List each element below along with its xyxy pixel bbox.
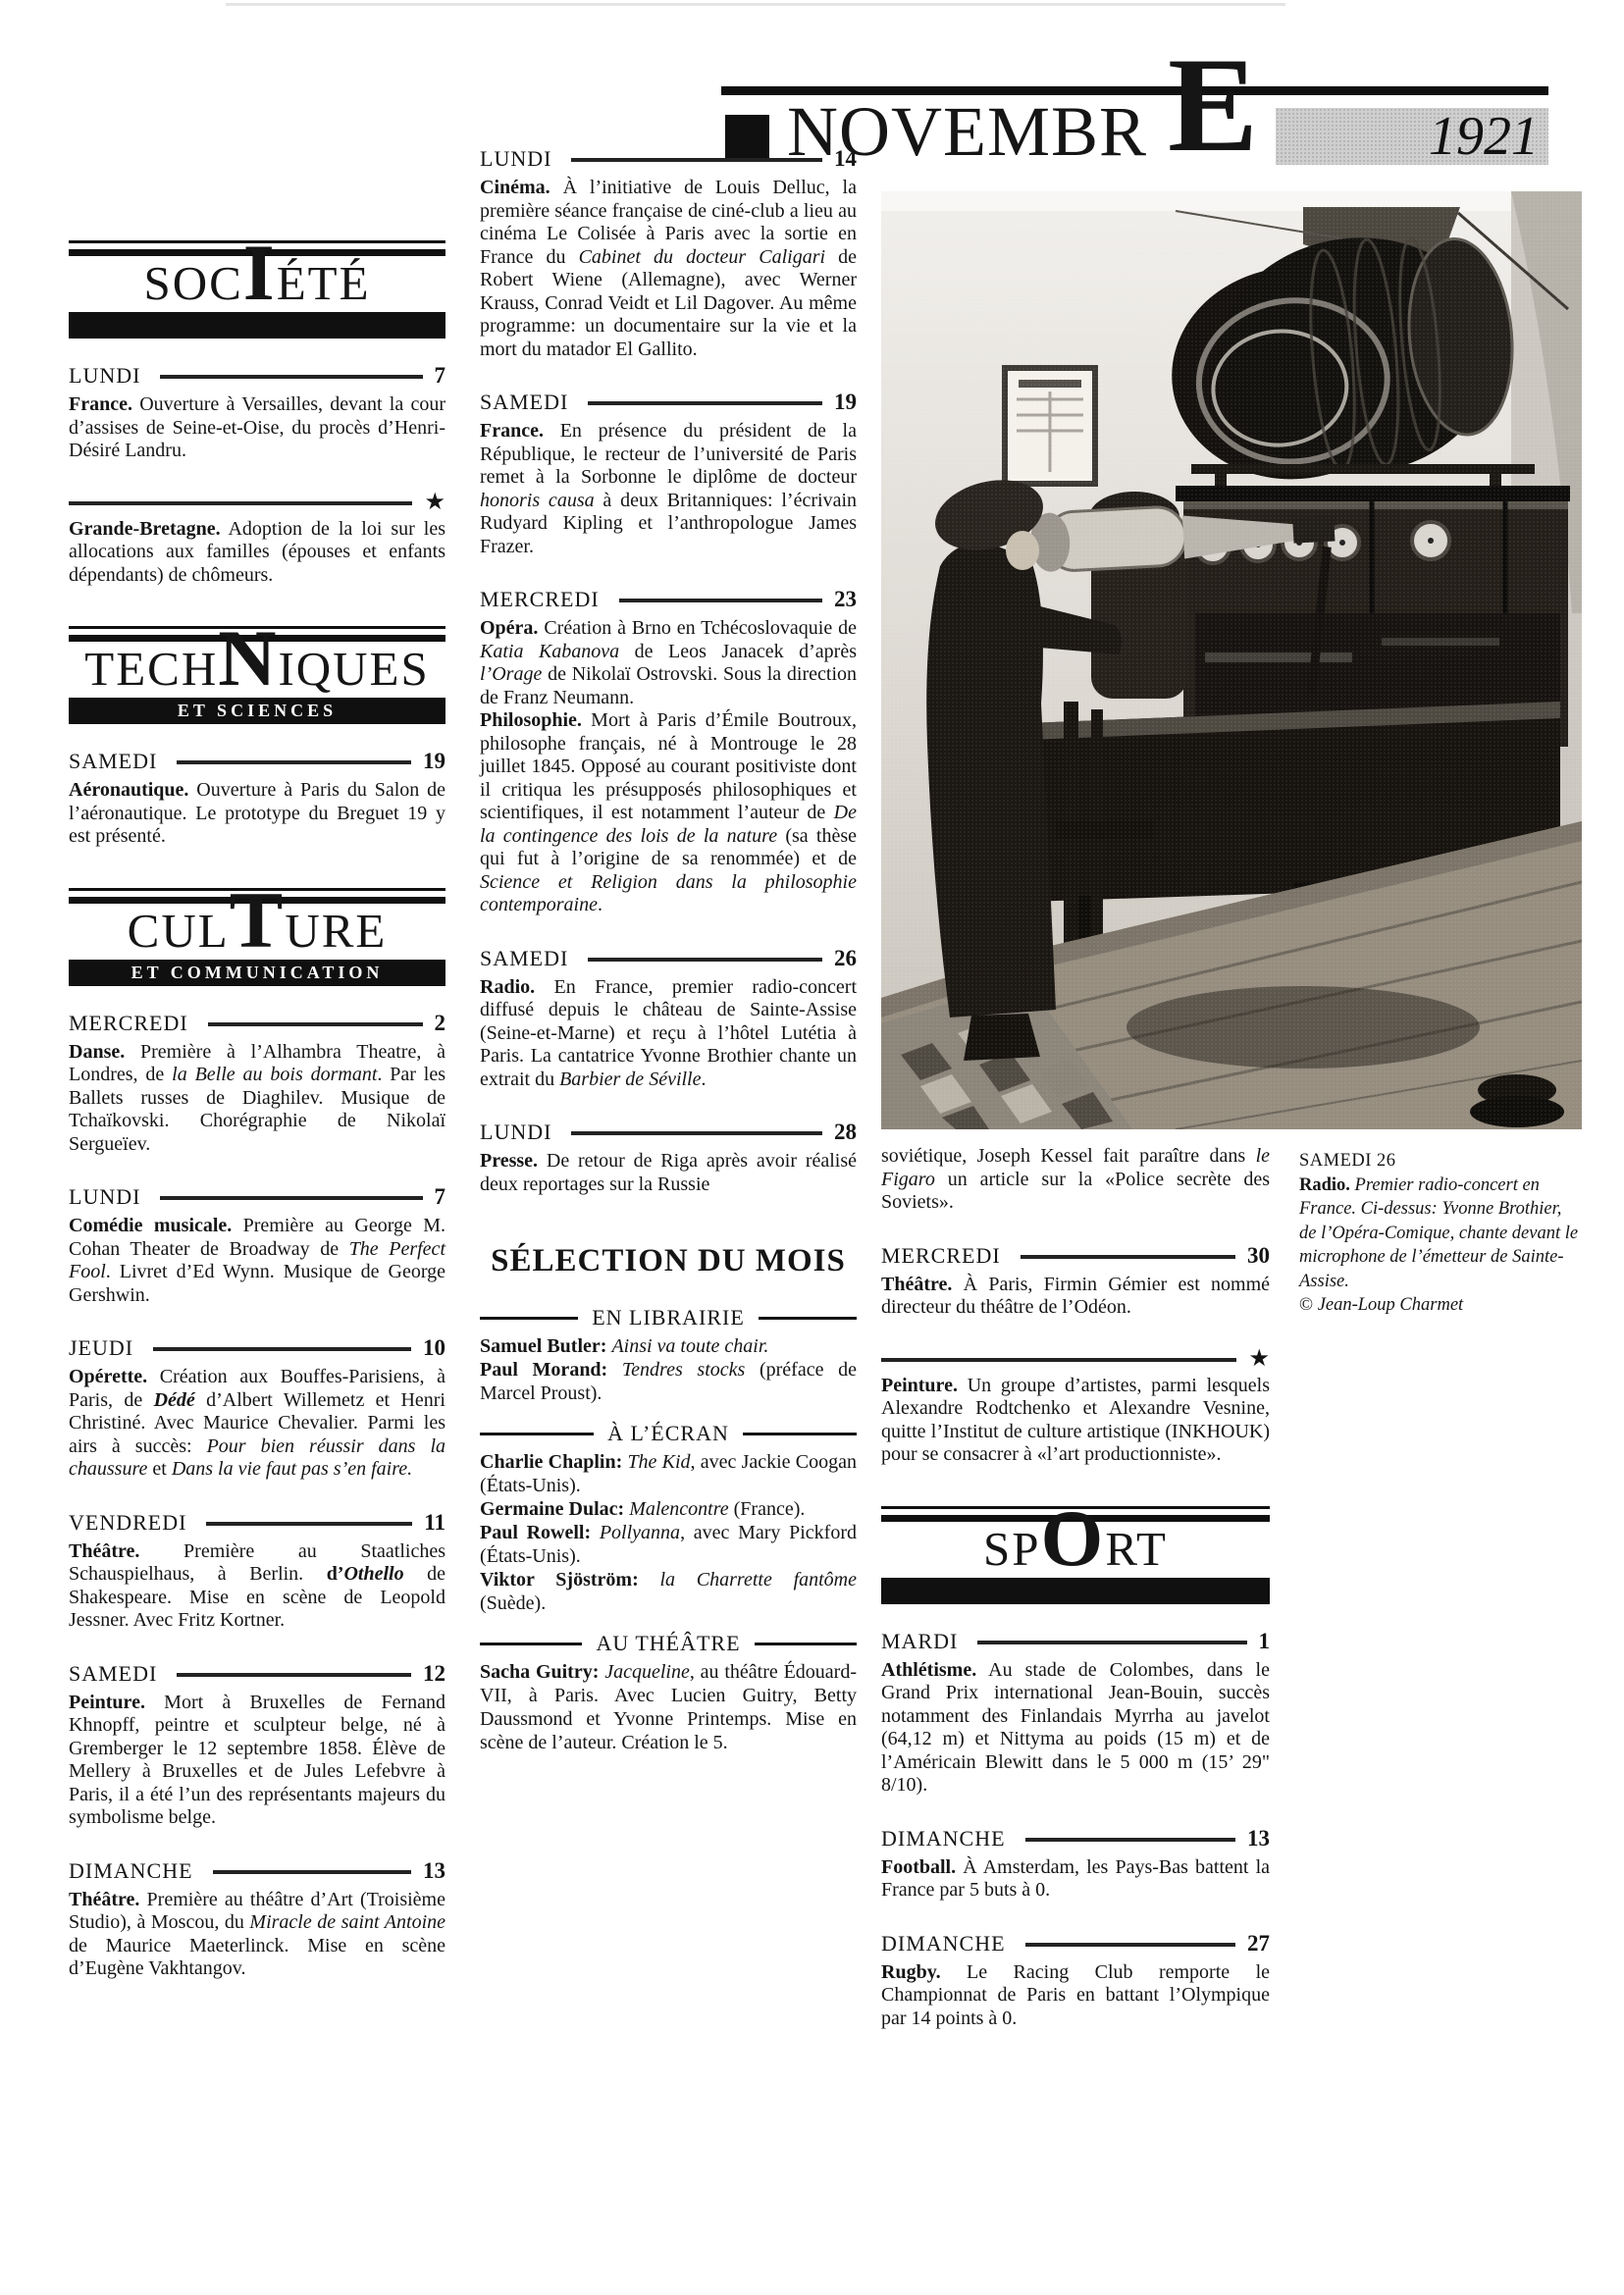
section-title: SOCIÉTÉ: [69, 259, 445, 308]
selection-subhead-ecran: À L’ÉCRAN: [480, 1421, 857, 1446]
day-line: DIMANCHE 13: [69, 1859, 445, 1883]
event-entry: SAMEDI 19 France. En présence du préside…: [480, 391, 857, 558]
column-middle: LUNDI 14 Cinéma. À l’initiative de Louis…: [480, 147, 857, 1754]
day-rule: [571, 158, 822, 162]
halftone-grain: [881, 191, 1582, 1129]
event-entry-star: ★ Peinture. Un groupe d’artistes, parmi …: [881, 1349, 1270, 1467]
almanac-page: NOVEMBR E 1921 SOCIÉTÉ LUNDI 7 France. O…: [0, 0, 1624, 2295]
day-rule: [881, 1358, 1236, 1362]
section-title: SPORT: [881, 1525, 1270, 1574]
section-header-societe: SOCIÉTÉ: [69, 240, 445, 339]
selection-item: Paul Morand: Tendres stocks (préface de …: [480, 1358, 857, 1405]
section-header-techniques: TECHNIQUES ET SCIENCES: [69, 626, 445, 724]
caption-text: Radio. Premier radio-concert en France. …: [1299, 1174, 1582, 1294]
day-rule: [208, 1022, 423, 1026]
day-line: DIMANCHE 27: [881, 1932, 1270, 1956]
day-rule: [977, 1641, 1246, 1644]
day-rule: [160, 1196, 422, 1200]
section-header-sport: SPORT: [881, 1506, 1270, 1604]
column-right: soviétique, Joseph Kessel fait paraître …: [881, 1145, 1270, 2060]
section-title: TECHNIQUES: [69, 645, 445, 694]
day-rule: [177, 760, 411, 764]
event-entry: SAMEDI 26 Radio. En France, premier radi…: [480, 947, 857, 1092]
day-rule: [69, 501, 412, 505]
event-entry: LUNDI 28 Presse. De retour de Riga après…: [480, 1121, 857, 1196]
day-line: JEUDI 10: [69, 1336, 445, 1360]
day-rule: [571, 1131, 822, 1135]
star-icon: ★: [424, 493, 445, 512]
day-line: MERCREDI 30: [881, 1244, 1270, 1268]
page-edge-line: [226, 3, 1285, 6]
caption-credit: © Jean-Loup Charmet: [1299, 1293, 1582, 1318]
day-rule: [177, 1673, 411, 1677]
day-rule: [160, 375, 422, 379]
day-line: LUNDI 28: [480, 1121, 857, 1144]
selection-title: SÉLECTION DU MOIS: [480, 1243, 857, 1279]
day-line: ★: [69, 493, 445, 512]
event-entry: MERCREDI 23 Opéra. Création à Brno en Tc…: [480, 588, 857, 917]
event-entry: JEUDI 10 Opérette. Création aux Bouffes-…: [69, 1336, 445, 1482]
right-zone: soviétique, Joseph Kessel fait paraître …: [881, 191, 1582, 2060]
photo-caption: SAMEDI 26 Radio. Premier radio-concert e…: [1299, 1145, 1582, 2060]
day-line: LUNDI 7: [69, 1185, 445, 1209]
section-header-culture: CULTURE ET COMMUNICATION: [69, 888, 445, 986]
day-rule: [206, 1522, 412, 1526]
day-rule: [153, 1347, 411, 1351]
event-entry: MARDI 1 Athlétisme. Au stade de Colombes…: [881, 1630, 1270, 1798]
selection-du-mois: SÉLECTION DU MOIS EN LIBRAIRIE Samuel Bu…: [480, 1243, 857, 1754]
event-entry: DIMANCHE 27 Rugby. Le Racing Club rempor…: [881, 1932, 1270, 2031]
day-line: LUNDI 14: [480, 147, 857, 171]
day-rule: [1025, 1943, 1235, 1947]
day-line: SAMEDI 19: [480, 391, 857, 414]
day-rule: [588, 401, 822, 405]
day-rule: [1021, 1255, 1235, 1259]
day-rule: [213, 1870, 411, 1874]
day-line: VENDREDI 11: [69, 1511, 445, 1535]
day-rule: [588, 958, 822, 962]
day-line: MERCREDI 23: [480, 588, 857, 611]
section-title: CULTURE: [69, 907, 445, 956]
event-entry: LUNDI 7 France. Ouverture à Versailles, …: [69, 364, 445, 463]
year-badge: 1921: [1276, 108, 1548, 165]
event-entry: SAMEDI 12 Peinture. Mort à Bruxelles de …: [69, 1662, 445, 1830]
day-line: DIMANCHE 13: [881, 1827, 1270, 1851]
event-entry: LUNDI 14 Cinéma. À l’initiative de Louis…: [480, 147, 857, 361]
page-title-big-letter: E: [1168, 37, 1258, 173]
selection-item: Germaine Dulac: Malencontre (France).: [480, 1497, 857, 1521]
selection-item: Viktor Sjöström: la Charrette fantôme (S…: [480, 1568, 857, 1615]
event-entry: MERCREDI 30 Théâtre. À Paris, Firmin Gém…: [881, 1244, 1270, 1320]
event-entry: DIMANCHE 13 Théâtre. Première au théâtre…: [69, 1859, 445, 1981]
event-entry: DIMANCHE 13 Football. À Amsterdam, les P…: [881, 1827, 1270, 1903]
day-line: MERCREDI 2: [69, 1012, 445, 1035]
photo-radio-concert: [881, 191, 1582, 1129]
event-entry-star: ★ Grande-Bretagne. Adoption de la loi su…: [69, 493, 445, 588]
selection-item: Charlie Chaplin: The Kid, avec Jackie Co…: [480, 1450, 857, 1497]
day-line: SAMEDI 26: [480, 947, 857, 970]
day-line: SAMEDI 19: [69, 750, 445, 773]
day-line: LUNDI 7: [69, 364, 445, 388]
day-rule: [619, 599, 822, 602]
selection-item: Paul Rowell: Pollyanna, avec Mary Pickfo…: [480, 1521, 857, 1568]
day-rule: [1025, 1838, 1235, 1842]
column-left: SOCIÉTÉ LUNDI 7 France. Ouverture à Vers…: [69, 240, 445, 2010]
event-entry: SAMEDI 19 Aéronautique. Ouverture à Pari…: [69, 750, 445, 849]
star-icon: ★: [1248, 1349, 1270, 1369]
event-entry: VENDREDI 11 Théâtre. Première au Staatli…: [69, 1511, 445, 1633]
caption-day: SAMEDI 26: [1299, 1149, 1582, 1174]
selection-item: Sacha Guitry: Jacqueline, au théâtre Édo…: [480, 1660, 857, 1754]
day-line: ★: [881, 1349, 1270, 1369]
event-entry: LUNDI 7 Comédie musicale. Première au Ge…: [69, 1185, 445, 1307]
event-entry: MERCREDI 2 Danse. Première à l’Alhambra …: [69, 1012, 445, 1157]
day-line: SAMEDI 12: [69, 1662, 445, 1686]
selection-subhead-librairie: EN LIBRAIRIE: [480, 1305, 857, 1330]
event-entry-continuation: soviétique, Joseph Kessel fait paraître …: [881, 1145, 1270, 1215]
day-line: MARDI 1: [881, 1630, 1270, 1653]
selection-subhead-theatre: AU THÉÂTRE: [480, 1631, 857, 1656]
selection-item: Samuel Butler: Ainsi va toute chair.: [480, 1334, 857, 1358]
